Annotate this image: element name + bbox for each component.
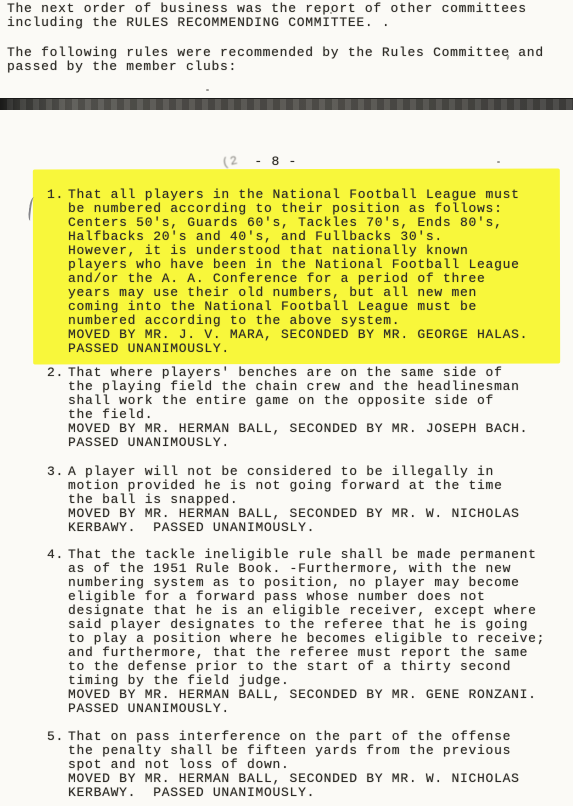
intro-paragraph-2: The following rules were recommended by … <box>7 46 544 74</box>
scan-speck <box>330 12 332 14</box>
scan-speck <box>206 89 209 91</box>
rule-item-2: 2. That where players' benches are on th… <box>47 366 528 450</box>
scanned-document-page: The next order of business was the repor… <box>0 0 573 806</box>
rule-item-5: 5. That on pass interference on the part… <box>47 730 520 800</box>
rule-number: 4. <box>47 548 68 716</box>
rule-number: 3. <box>47 465 68 535</box>
rule-body: That the tackle ineligible rule shall be… <box>68 548 545 716</box>
page-number-row: (2 - 8 - <box>222 155 297 169</box>
intro-paragraph-1: The next order of business was the repor… <box>7 2 527 30</box>
scan-artifact-bar <box>0 98 573 110</box>
rule-item-4: 4. That the tackle ineligible rule shall… <box>47 548 545 716</box>
scan-speck <box>497 161 500 163</box>
scan-smudge: (2 <box>221 153 240 170</box>
rule-number: 1. <box>47 188 68 356</box>
rule-body: That on pass interference on the part of… <box>68 730 520 800</box>
rule-number: 5. <box>47 730 68 800</box>
rule-body: That all players in the National Footbal… <box>68 188 528 356</box>
rule-item-1: 1. That all players in the National Foot… <box>47 188 528 356</box>
rule-body: A player will not be considered to be il… <box>68 465 520 535</box>
rule-item-3: 3. A player will not be considered to be… <box>47 465 520 535</box>
rule-body: That where players' benches are on the s… <box>68 366 528 450</box>
rule-number: 2. <box>47 366 68 450</box>
page-number: - 8 - <box>254 155 297 169</box>
